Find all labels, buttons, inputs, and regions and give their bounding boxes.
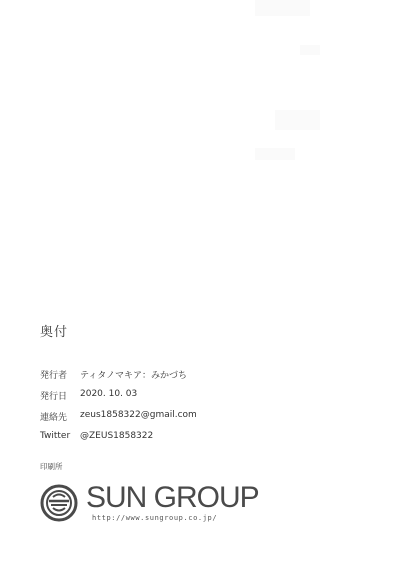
publish-date-row: 発行日 2020. 10. 03 [40,389,137,402]
printer-url: http://www.sungroup.co.jp/ [92,514,259,522]
twitter-row: Twitter @ZEUS1858322 [40,431,153,441]
twitter-label: Twitter [40,431,74,441]
twitter-value: @ZEUS1858322 [80,431,153,441]
contact-value: zeus1858322@gmail.com [80,410,197,423]
contact-row: 連絡先 zeus1858322@gmail.com [40,410,197,423]
page-showthrough [255,0,310,16]
printer-label: 印刷所 [40,461,63,472]
sun-group-emblem-icon [40,484,78,522]
publisher-value: ティタノマキア：みかづち [80,368,187,381]
publish-date-value: 2020. 10. 03 [80,389,137,402]
sun-group-logo: SUN GROUP http://www.sungroup.co.jp/ [40,483,259,522]
publish-date-label: 発行日 [40,389,74,402]
publisher-label: 発行者 [40,368,74,381]
contact-label: 連絡先 [40,410,74,423]
publisher-row: 発行者 ティタノマキア：みかづち [40,368,187,381]
printer-name: SUN GROUP [86,483,259,513]
colophon-title: 奥付 [40,321,68,340]
page-showthrough [255,148,295,160]
page-showthrough [300,45,320,55]
page-showthrough [275,110,320,130]
